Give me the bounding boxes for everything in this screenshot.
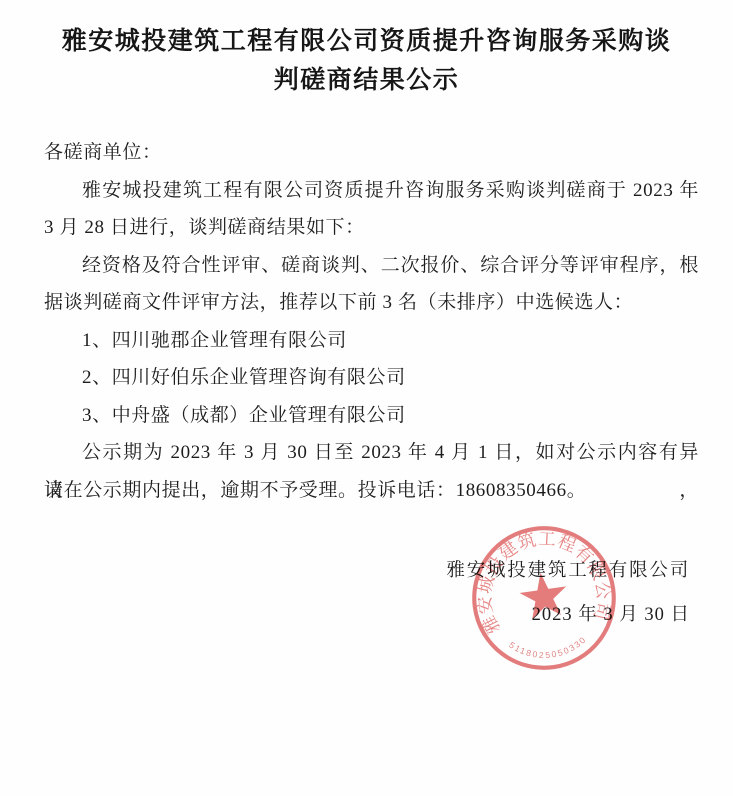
paragraph1-line2: 3 月 28 日进行，谈判磋商结果如下： xyxy=(44,209,699,247)
document-page: 雅安城投建筑工程有限公司资质提升咨询服务采购谈 判磋商结果公示 各磋商单位： 雅… xyxy=(0,0,733,796)
paragraph2-line2: 据谈判磋商文件评审方法，推荐以下前 3 名（未排序）中选候选人： xyxy=(44,284,699,322)
paragraph3-line1: 公示期为 2023 年 3 月 30 日至 2023 年 4 月 1 日，如对公… xyxy=(44,434,699,472)
candidate-item-1: 1、四川驰郡企业管理有限公司 xyxy=(44,322,699,360)
paragraph2-line1: 经资格及符合性评审、磋商谈判、二次报价、综合评分等评审程序，根 xyxy=(44,247,699,285)
candidate-item-3: 3、中舟盛（成都）企业管理有限公司 xyxy=(44,397,699,435)
paragraph1-line1: 雅安城投建筑工程有限公司资质提升咨询服务采购谈判磋商于 2023 年 xyxy=(44,172,699,210)
document-body: 各磋商单位： 雅安城投建筑工程有限公司资质提升咨询服务采购谈判磋商于 2023 … xyxy=(0,134,733,509)
star-icon xyxy=(517,569,570,620)
page-title-line1: 雅安城投建筑工程有限公司资质提升咨询服务采购谈 xyxy=(0,22,733,61)
company-seal: 雅安城投建筑工程有限公司 5118025050330 xyxy=(469,522,619,674)
page-title: 雅安城投建筑工程有限公司资质提升咨询服务采购谈 判磋商结果公示 xyxy=(0,0,733,100)
page-title-line2: 判磋商结果公示 xyxy=(0,61,733,100)
candidate-item-2: 2、四川好伯乐企业管理咨询有限公司 xyxy=(44,359,699,397)
salutation-line: 各磋商单位： xyxy=(44,134,699,172)
